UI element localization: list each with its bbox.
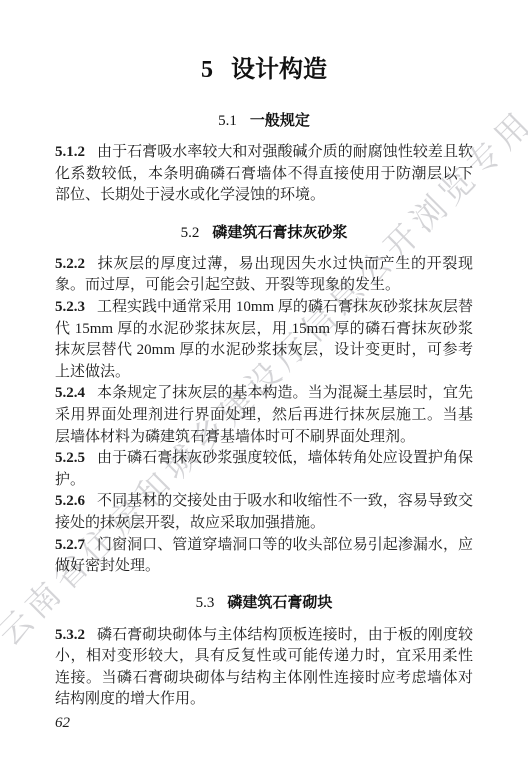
paragraph-number: 5.1.2	[55, 144, 85, 160]
page-number: 62	[55, 713, 473, 733]
paragraph-5-2-6: 5.2.6不同基材的交接处由于吸水和收缩性不一致，容易导致交接处的抹灰层开裂，故…	[55, 491, 473, 534]
section-heading-5-1: 5.1一般规定	[55, 110, 473, 132]
paragraph-5-1-2: 5.1.2由于石膏吸水率较大和对强酸碱介质的耐腐蚀性较差且软化系数较低，本条明确…	[55, 142, 473, 207]
section-heading-text: 一般规定	[250, 112, 310, 129]
paragraph-text: 由于石膏吸水率较大和对强酸碱介质的耐腐蚀性较差且软化系数较低，本条明确磷石膏墙体…	[55, 144, 473, 203]
paragraph-number: 5.2.3	[55, 299, 85, 315]
paragraph-5-2-5: 5.2.5由于磷石膏抹灰砂浆强度较低，墙体转角处应设置护角保护。	[55, 448, 473, 491]
paragraph-5-2-2: 5.2.2抹灰层的厚度过薄，易出现因失水过快而产生的开裂现象。而过厚，可能会引起…	[55, 254, 473, 297]
section-heading-5-3: 5.3磷建筑石膏砌块	[55, 592, 473, 614]
paragraph-text: 抹灰层的厚度过薄，易出现因失水过快而产生的开裂现象。而过厚，可能会引起空鼓、开裂…	[55, 256, 473, 294]
section-heading-5-2: 5.2磷建筑石膏抹灰砂浆	[55, 222, 473, 244]
paragraph-5-3-2: 5.3.2磷石膏砌块砌体与主体结构顶板连接时，由于板的刚度较小，相对变形较大，具…	[55, 625, 473, 711]
paragraph-number: 5.2.2	[55, 256, 85, 272]
paragraph-5-2-4: 5.2.4本条规定了抹灰层的基本构造。当为混凝土基层时，宜先采用界面处理剂进行界…	[55, 383, 473, 448]
document-page: 云南省住房和城乡建设厅信息公开浏览专用 5设计构造 5.1一般规定 5.1.2由…	[0, 0, 528, 767]
section-number: 5.2	[181, 225, 200, 241]
paragraph-number: 5.2.5	[55, 450, 85, 466]
page-content: 5设计构造 5.1一般规定 5.1.2由于石膏吸水率较大和对强酸碱介质的耐腐蚀性…	[0, 0, 528, 733]
section-number: 5.1	[218, 113, 237, 129]
paragraph-number: 5.2.7	[55, 537, 85, 553]
chapter-number: 5	[201, 57, 213, 83]
paragraph-text: 磷石膏砌块砌体与主体结构顶板连接时，由于板的刚度较小，相对变形较大，具有反复性或…	[55, 627, 473, 708]
paragraph-text: 本条规定了抹灰层的基本构造。当为混凝土基层时，宜先采用界面处理剂进行界面处理，然…	[55, 385, 473, 444]
paragraph-text: 门窗洞口、管道穿墙洞口等的收头部位易引起渗漏水，应做好密封处理。	[55, 537, 473, 575]
chapter-title-text: 设计构造	[231, 56, 327, 83]
paragraph-5-2-3: 5.2.3工程实践中通常采用 10mm 厚的磷石膏抹灰砂浆抹灰层替代 15mm …	[55, 297, 473, 383]
paragraph-number: 5.2.4	[55, 385, 85, 401]
section-number: 5.3	[196, 595, 215, 611]
section-heading-text: 磷建筑石膏抹灰砂浆	[212, 224, 347, 241]
paragraph-5-2-7: 5.2.7门窗洞口、管道穿墙洞口等的收头部位易引起渗漏水，应做好密封处理。	[55, 535, 473, 578]
paragraph-number: 5.2.6	[55, 493, 85, 509]
paragraph-text: 不同基材的交接处由于吸水和收缩性不一致，容易导致交接处的抹灰层开裂，故应采取加强…	[55, 493, 473, 531]
paragraph-text: 工程实践中通常采用 10mm 厚的磷石膏抹灰砂浆抹灰层替代 15mm 厚的水泥砂…	[55, 299, 473, 380]
paragraph-number: 5.3.2	[55, 627, 85, 643]
paragraph-text: 由于磷石膏抹灰砂浆强度较低，墙体转角处应设置护角保护。	[55, 450, 473, 488]
section-heading-text: 磷建筑石膏砌块	[227, 594, 332, 611]
chapter-title: 5设计构造	[55, 52, 473, 88]
